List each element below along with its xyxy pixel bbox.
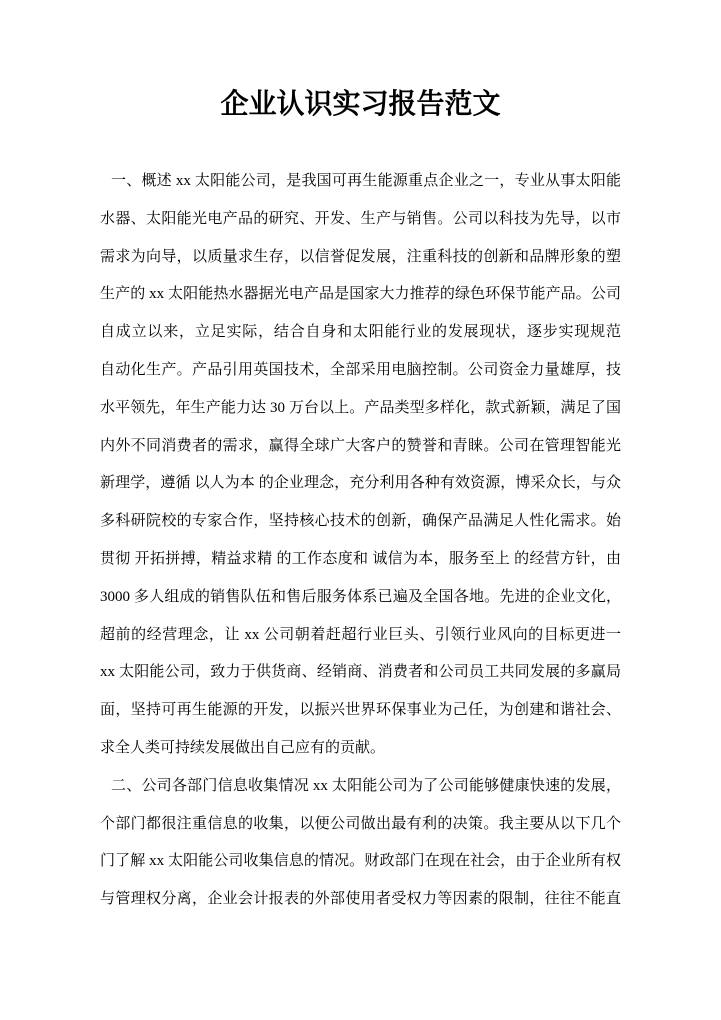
text-line: 水平领先，年生产能力达 30 万台以上。产品类型多样化，款式新颖，满足了国 (100, 390, 621, 428)
document-body: 一、概述 xx 太阳能公司，是我国可再生能源重点企业之一，专业从事太阳能热水器、… (100, 163, 621, 919)
text-line: 自成立以来，立足实际，结合自身和太阳能行业的发展现状，逐步实现规范化、 (100, 314, 621, 352)
text-line: 贯彻 开拓拼搏，精益求精 的工作态度和 诚信为本，服务至上 的经营方针，由 (100, 541, 621, 579)
text-line: xx 太阳能公司，致力于供货商、经销商、消费者和公司员工共同发展的多赢局 (100, 654, 621, 692)
text-line: 面，坚持可再生能源的开发，以振兴世界环保事业为己任，为创建和谐社会、追 (100, 692, 621, 730)
document-page: 企业认识实习报告范文 一、概述 xx 太阳能公司，是我国可再生能源重点企业之一，… (0, 0, 721, 1020)
text-line: 门了解 xx 太阳能公司收集信息的情况。财政部门在现在社会，由于企业所有权 (100, 843, 621, 881)
text-line: 3000 多人组成的销售队伍和售后服务体系已遍及全国各地。先进的企业文化， (100, 579, 621, 617)
text-line: 内外不同消费者的需求，赢得全球广大客户的赞誉和青睐。公司在管理智能光创 (100, 428, 621, 466)
text-line: 与管理权分离，企业会计报表的外部使用者受权力等因素的限制，往往不能直接 (100, 881, 621, 919)
text-line: 需求为向导，以质量求生存，以信誉促发展，注重科技的创新和品牌形象的塑造， (100, 239, 621, 277)
text-line: 个部门都很注重信息的收集，以便公司做出最有利的决策。我主要从以下几个部 (100, 806, 621, 844)
text-line: 一、概述 xx 太阳能公司，是我国可再生能源重点企业之一，专业从事太阳能热 (100, 163, 621, 201)
text-line: 自动化生产。产品引用英国技术，全部采用电脑控制。公司资金力量雄厚，技术 (100, 352, 621, 390)
text-line: 新理学，遵循 以人为本 的企业理念，充分利用各种有效资源，博采众长，与众 (100, 465, 621, 503)
text-line: 二、公司各部门信息收集情况 xx 太阳能公司为了公司能够健康快速的发展，各 (100, 768, 621, 806)
document-title: 企业认识实习报告范文 (0, 0, 721, 122)
text-line: 水器、太阳能光电产品的研究、开发、生产与销售。公司以科技为先导，以市场 (100, 201, 621, 239)
text-line: 生产的 xx 太阳能热水器据光电产品是国家大力推荐的绿色环保节能产品。公司 (100, 276, 621, 314)
text-line: 多科研院校的专家合作，坚持核心技术的创新，确保产品满足人性化需求。始终 (100, 503, 621, 541)
text-line: 超前的经营理念，让 xx 公司朝着赶超行业巨头、引领行业风向的目标更进一步。 (100, 617, 621, 655)
text-line: 求全人类可持续发展做出自己应有的贡献。 (100, 730, 621, 768)
